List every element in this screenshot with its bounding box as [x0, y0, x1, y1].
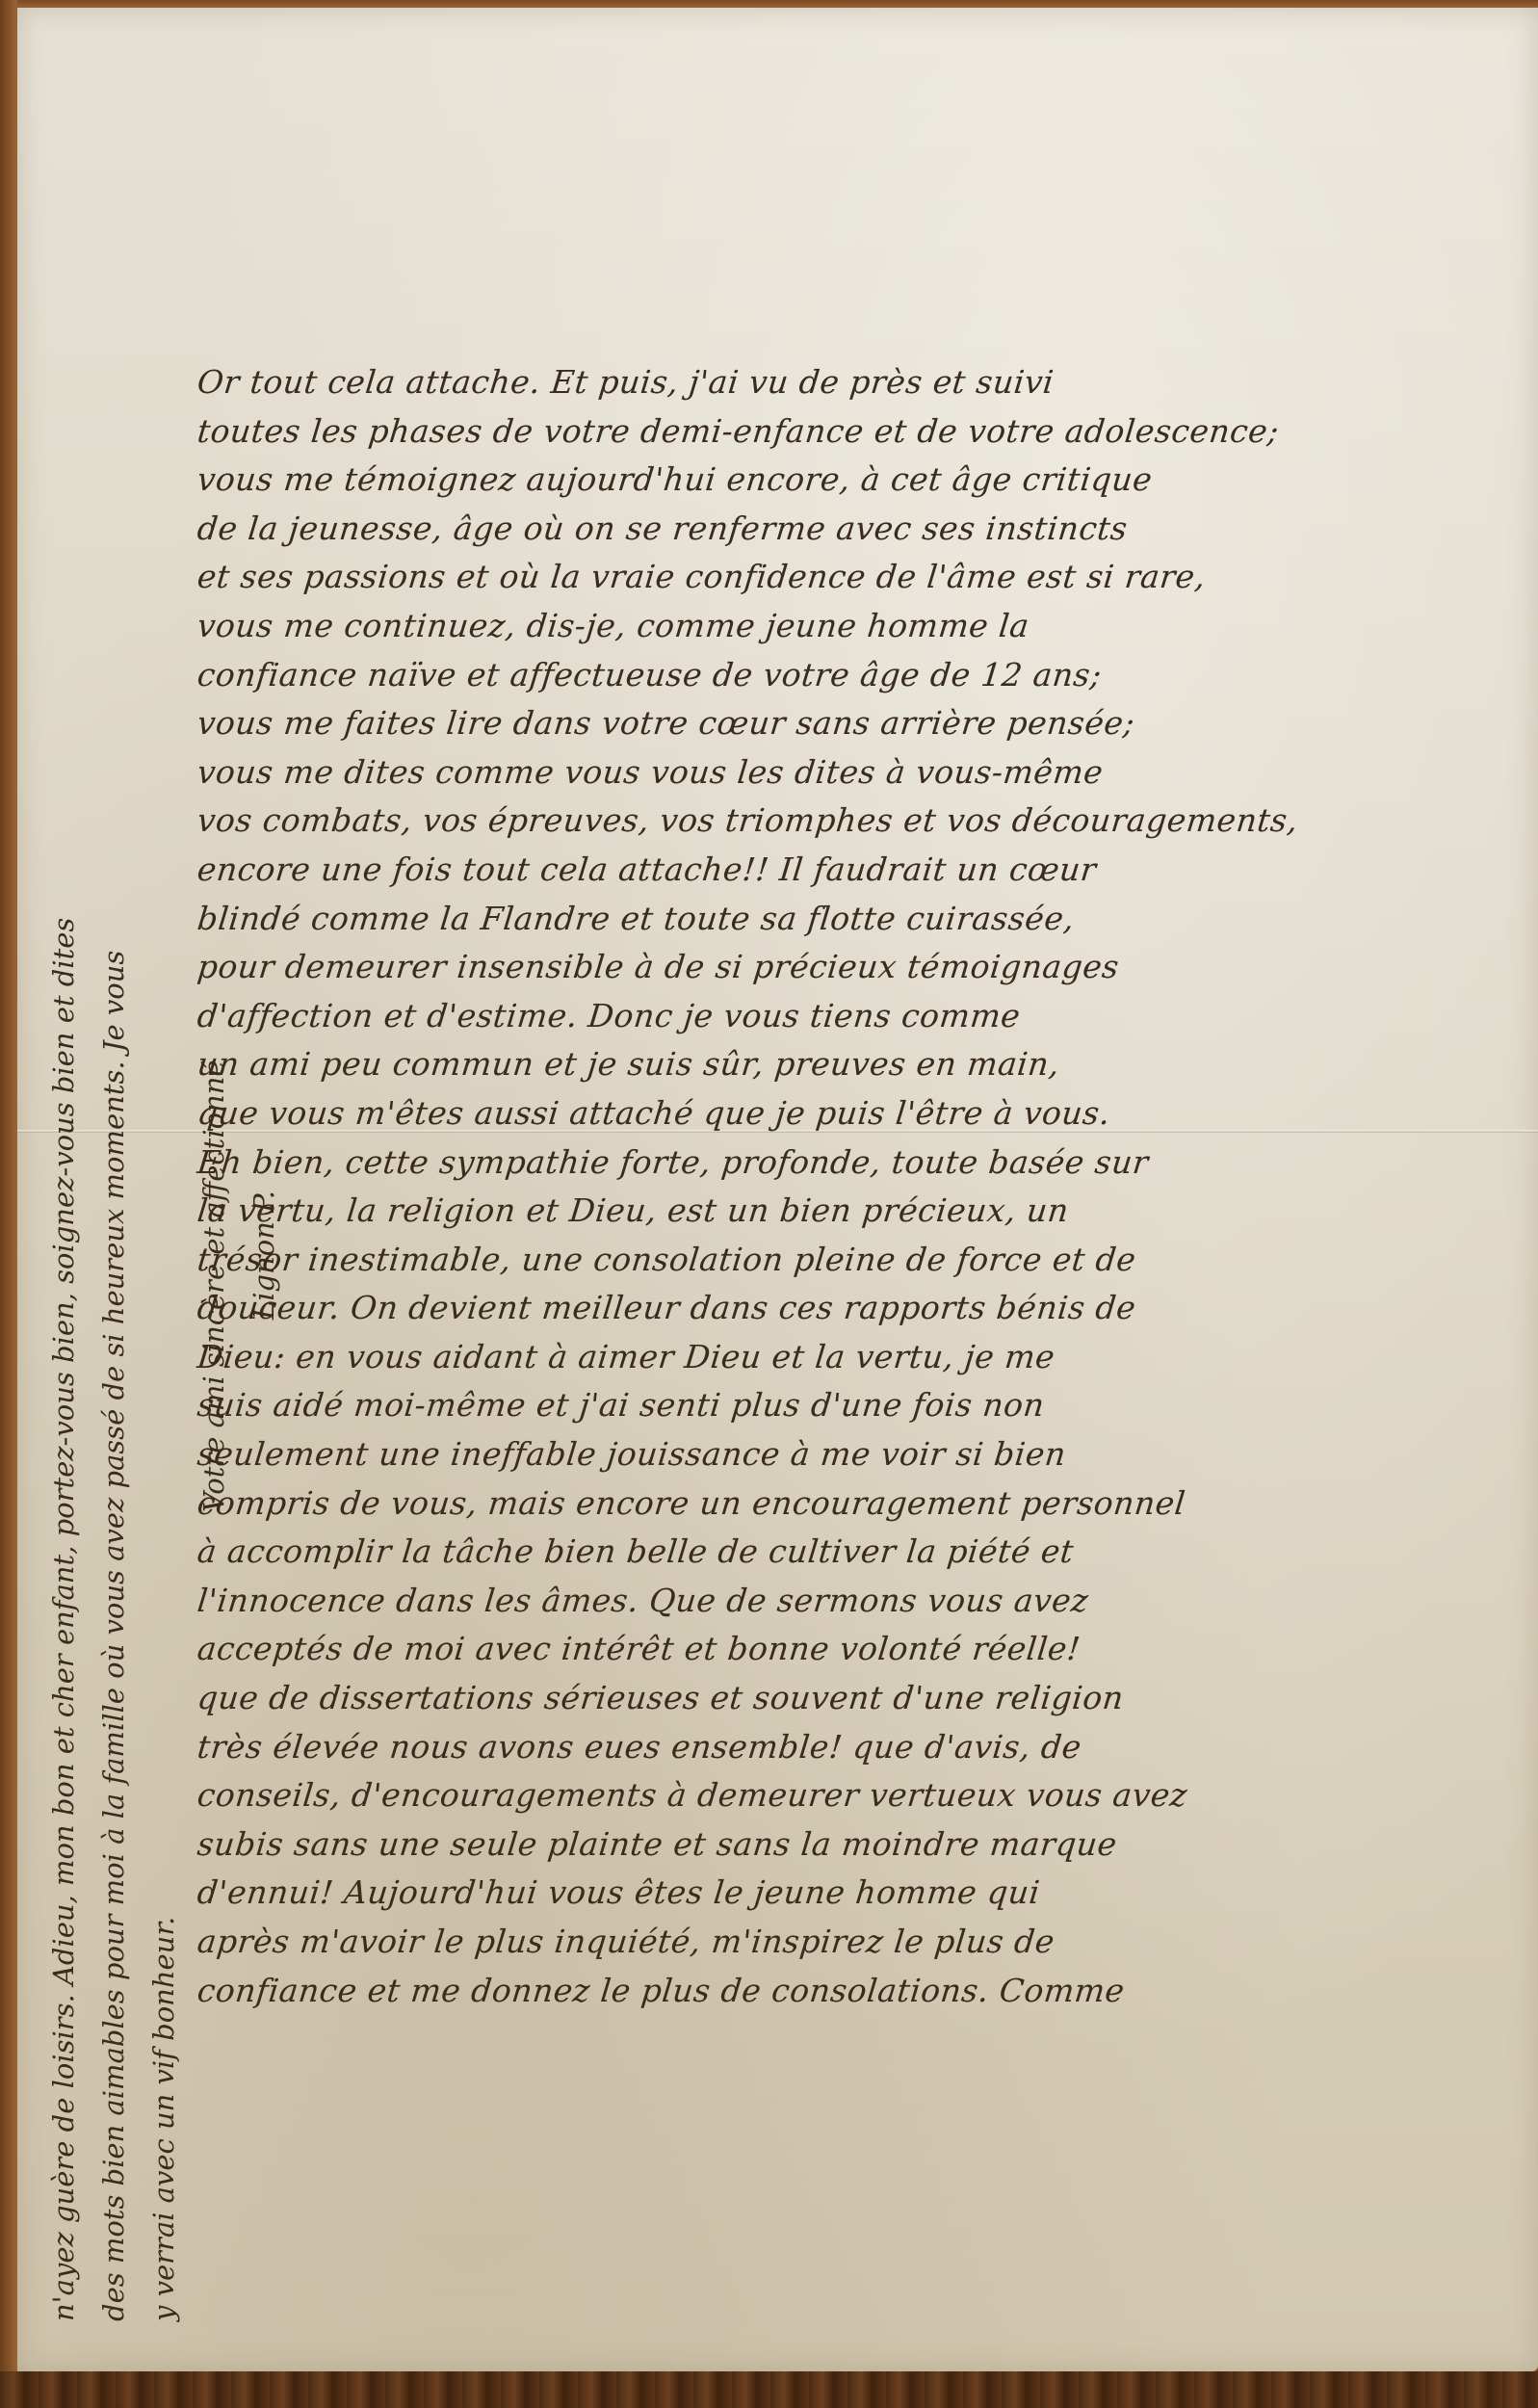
margin-note-line: y verrai avec un vif bonheur.	[139, 356, 189, 2379]
letter-line: et ses passions et où la vraie confidenc…	[195, 553, 1499, 602]
margin-note-line: des mots bien aimables pour moi à la fam…	[89, 356, 139, 2379]
letter-line: Dieu: en vous aidant à aimer Dieu et la …	[195, 1333, 1499, 1382]
letter-line: après m'avoir le plus inquiété, m'inspir…	[195, 1918, 1499, 1967]
letter-line: de la jeunesse, âge où on se renferme av…	[195, 505, 1499, 554]
letter-line: pour demeurer insensible à de si précieu…	[195, 943, 1499, 992]
letter-line: un ami peu commun et je suis sûr, preuve…	[195, 1040, 1499, 1089]
letter-line: vous me témoignez aujourd'hui encore, à …	[195, 456, 1499, 505]
letter-line: toutes les phases de votre demi-enfance …	[195, 407, 1499, 457]
letter-line: à accomplir la tâche bien belle de culti…	[195, 1528, 1499, 1577]
letter-line: Eh bien, cette sympathie forte, profonde…	[195, 1139, 1499, 1188]
letter-line: vous me continuez, dis-je, comme jeune h…	[195, 602, 1499, 651]
letter-line: acceptés de moi avec intérêt et bonne vo…	[195, 1625, 1499, 1674]
letter-line: seulement une ineffable jouissance à me …	[195, 1430, 1499, 1479]
letter-line: vous me faites lire dans votre cœur sans…	[195, 699, 1499, 748]
letter-line: encore une fois tout cela attache!! Il f…	[195, 846, 1499, 895]
letter-line: très élevée nous avons eues ensemble! qu…	[195, 1723, 1499, 1772]
letter-line: blindé comme la Flandre et toute sa flot…	[195, 895, 1499, 944]
letter-line: confiance naïve et affectueuse de votre …	[195, 651, 1499, 700]
letter-line: vous me dites comme vous vous les dites …	[195, 748, 1499, 798]
margin-note-signature: Lignon P.	[239, 356, 289, 2379]
letter-line: d'affection et d'estime. Donc je vous ti…	[195, 992, 1499, 1041]
wooden-frame-left	[0, 0, 17, 2408]
letter-line: suis aidé moi-même et j'ai senti plus d'…	[195, 1381, 1499, 1430]
letter-body: Or tout cela attache. Et puis, j'ai vu d…	[197, 358, 1498, 2015]
margin-note-rotated: n'ayez guère de loisirs. Adieu, mon bon …	[39, 356, 289, 2379]
letter-line: que de dissertations sérieuses et souven…	[195, 1674, 1499, 1723]
letter-line: douceur. On devient meilleur dans ces ra…	[195, 1284, 1499, 1333]
letter-line: l'innocence dans les âmes. Que de sermon…	[195, 1577, 1499, 1626]
letter-line: Or tout cela attache. Et puis, j'ai vu d…	[195, 358, 1499, 407]
letter-line: d'ennui! Aujourd'hui vous êtes le jeune …	[195, 1869, 1499, 1918]
letter-line: conseils, d'encouragements à demeurer ve…	[195, 1771, 1499, 1820]
letter-line: vos combats, vos épreuves, vos triomphes…	[195, 797, 1499, 846]
letter-line: trésor inestimable, une consolation plei…	[195, 1236, 1499, 1285]
margin-note-signoff: Votre ami sincère et affectionné	[189, 356, 239, 2379]
letter-line: confiance et me donnez le plus de consol…	[195, 1967, 1499, 2016]
letter-line: subis sans une seule plainte et sans la …	[195, 1820, 1499, 1870]
margin-note-line: n'ayez guère de loisirs. Adieu, mon bon …	[39, 356, 89, 2379]
letter-line: compris de vous, mais encore un encourag…	[195, 1479, 1499, 1529]
letter-line: que vous m'êtes aussi attaché que je pui…	[195, 1089, 1499, 1139]
letter-line: la vertu, la religion et Dieu, est un bi…	[195, 1187, 1499, 1236]
